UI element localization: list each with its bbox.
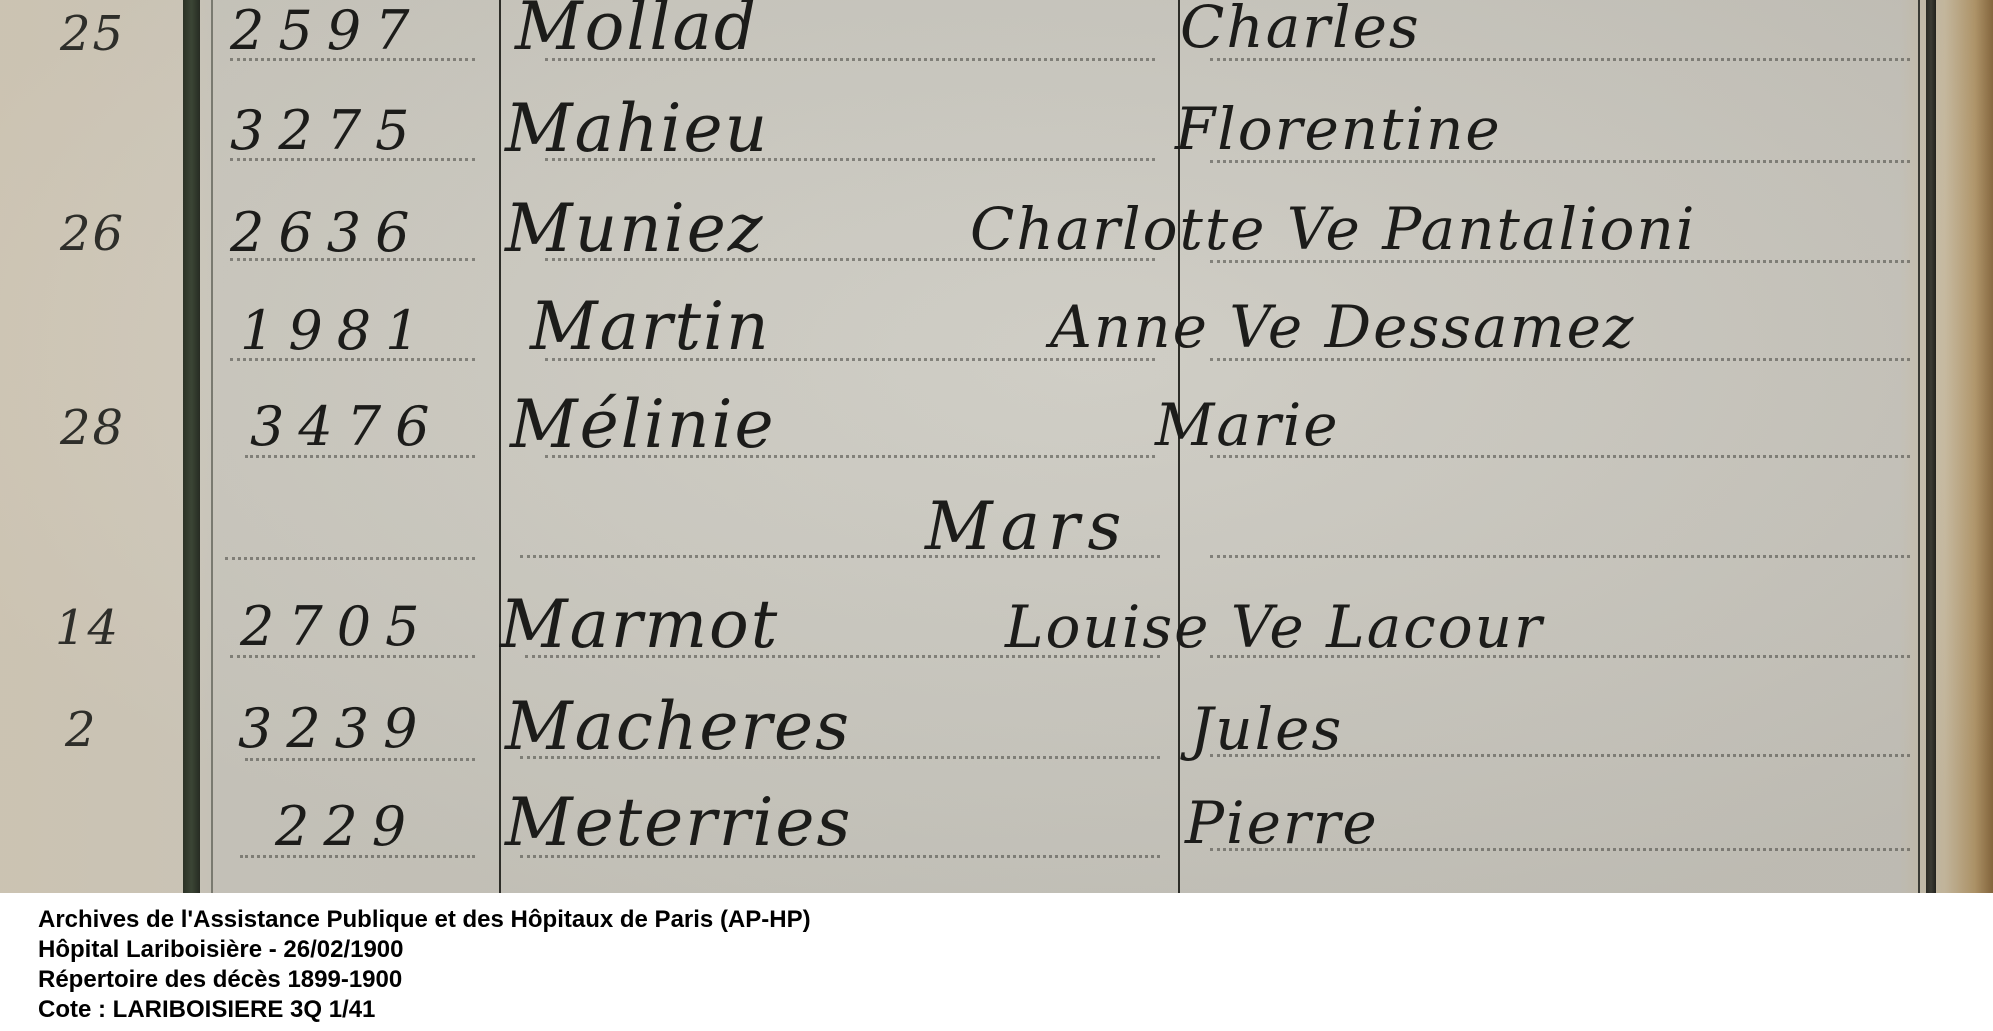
archive-caption: Archives de l'Assistance Publique et des…: [38, 905, 811, 1025]
entry-day: 28: [60, 404, 125, 452]
entry-number: 229: [275, 800, 420, 854]
entry-first-names: Marie: [1155, 396, 1340, 454]
month-heading: Mars: [925, 494, 1129, 560]
entry-day: 26: [60, 210, 125, 258]
entry-number: 2705: [240, 600, 433, 654]
entry-number: 3275: [230, 104, 423, 158]
entry-number: 3239: [238, 702, 431, 756]
entry-surname: Muniez: [505, 196, 765, 262]
caption-reference-code: Cote : LARIBOISIERE 3Q 1/41: [38, 995, 811, 1025]
entry-first-names: Charlotte Ve Pantalioni: [970, 200, 1696, 258]
caption-register-title: Répertoire des décès 1899-1900: [38, 965, 811, 995]
left-thin-border: [211, 0, 213, 893]
caption-hospital-date: Hôpital Lariboisière - 26/02/1900: [38, 935, 811, 965]
entry-first-names: Louise Ve Lacour: [1005, 598, 1544, 656]
entry-number: 2636: [230, 206, 423, 260]
right-thick-border: [1926, 0, 1936, 893]
left-thick-border: [183, 0, 200, 893]
entry-surname: Mahieu: [505, 96, 769, 162]
entry-number: 1981: [240, 304, 433, 358]
entry-surname: Martin: [530, 294, 771, 360]
entry-first-names: Anne Ve Dessamez: [1050, 298, 1636, 356]
entry-number: 3476: [250, 400, 443, 454]
entry-surname: Mollad: [515, 0, 758, 60]
entry-day: 14: [55, 604, 120, 652]
entry-first-names: Florentine: [1175, 100, 1502, 158]
entry-first-names: Charles: [1180, 0, 1421, 56]
column-divider-number-surname: [499, 0, 501, 893]
entry-surname: Mélinie: [510, 392, 776, 458]
entry-first-names: Jules: [1190, 700, 1343, 758]
right-thin-border: [1918, 0, 1920, 893]
entry-surname: Macheres: [505, 694, 851, 760]
entry-surname: Marmot: [500, 592, 779, 658]
entry-day: 25: [60, 10, 125, 58]
entry-surname: Meterries: [505, 790, 852, 856]
entry-number: 2597: [230, 4, 423, 58]
entry-first-names: Pierre: [1185, 794, 1379, 852]
caption-archive-name: Archives de l'Assistance Publique et des…: [38, 905, 811, 935]
entry-day: 2: [65, 706, 98, 754]
register-page-photo: 25 2597 Mollad Charles 3275 Mahieu Flore…: [0, 0, 1993, 893]
